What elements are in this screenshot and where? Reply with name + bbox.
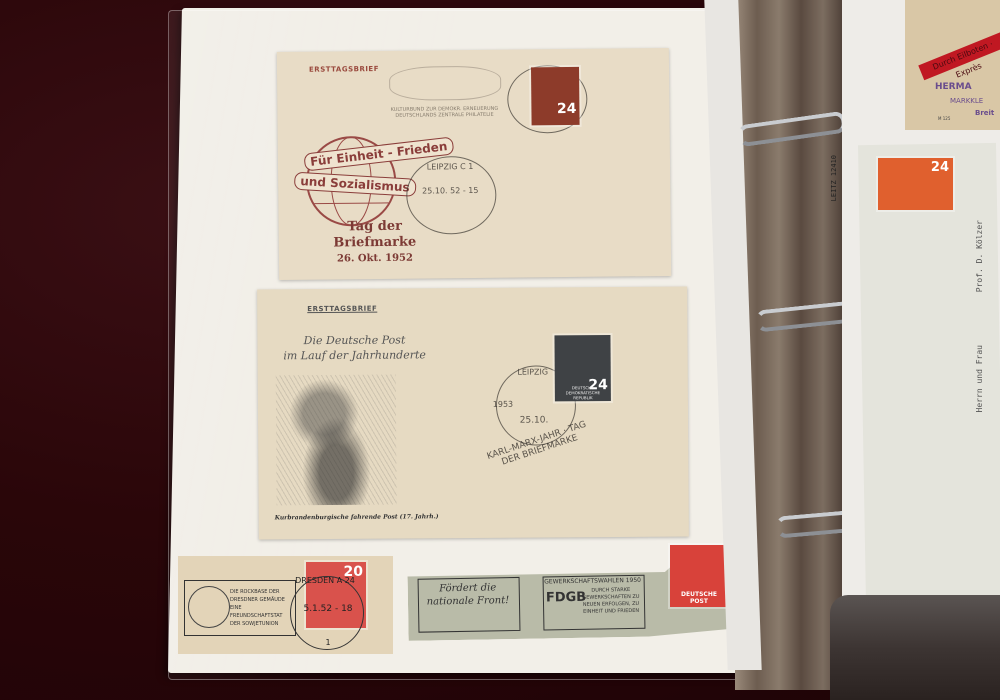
address-line-1: Prof. D. Kölzer: [975, 220, 984, 292]
cover-label: ERSTTAGSBRIEF: [309, 65, 379, 74]
postmark-number: 1: [318, 638, 338, 647]
binder-code: LEITZ 12410: [830, 155, 846, 201]
seal-icon: [188, 586, 230, 628]
title-line-1: Die Deutsche Post: [279, 332, 429, 348]
title-line-2: Briefmarke: [315, 234, 435, 251]
postmark-date: 25.10.: [514, 415, 554, 425]
recipient-city: Breit: [975, 109, 994, 117]
first-day-cover-1952: ERSTTAGSBRIEF KULTURBUND ZUR DEMOKR. ERN…: [277, 48, 671, 280]
stamp-country: DEUTSCHE DEMOKRATISCHE REPUBLIK: [557, 385, 609, 400]
post-coach-illustration: [276, 375, 397, 506]
stamp: 24 DEUTSCHE DEMOKRATISCHE REPUBLIK: [554, 335, 610, 401]
title-line-2: im Lauf der Jahrhunderte: [280, 347, 430, 363]
recipient-street: MARKKLE: [950, 97, 983, 105]
cover-date: 26. Okt. 1952: [315, 252, 435, 264]
slogan-text: DIE ROCKBASE DER DRESDNER GEMÄUDE EINE F…: [230, 588, 294, 628]
form-code: M 125: [938, 116, 950, 121]
address-line-2: Herrn und Frau: [975, 345, 984, 412]
recipient-name: HERMA: [935, 82, 972, 92]
postmark-date: 5.1.52 - 18: [298, 604, 358, 614]
cover-title: Tag der Briefmarke: [315, 218, 435, 251]
stamp: 24: [531, 67, 580, 125]
stamp-value: 24: [931, 160, 949, 175]
binder-base: [830, 595, 1000, 700]
slogan-text: KULTURBUND ZUR DEMOKR. ERNEUERUNG DEUTSC…: [385, 106, 503, 119]
first-day-cover-1953: ERSTTAGSBRIEF Die Deutsche Post im Lauf …: [257, 287, 689, 540]
cover-label: ERSTTAGSBRIEF: [307, 305, 377, 313]
postmark-city: LEIPZIG C 1: [418, 162, 482, 172]
slogan-postmark: [389, 66, 501, 101]
slogan-text: Fördert die nationale Front!: [420, 581, 516, 609]
illustration-caption: Kurbrandenburgische fahrende Post (17. J…: [275, 513, 439, 521]
cover-title: Die Deutsche Post im Lauf der Jahrhunder…: [279, 332, 429, 363]
postmark-year: 1953: [488, 400, 518, 409]
fdgb-text: DURCH STARKE GEWERKSCHAFTEN ZU NEUEN ERF…: [580, 587, 642, 616]
postmark-date: 25.10. 52 - 15: [410, 186, 490, 196]
stamp: DEUTSCHE POST: [670, 545, 728, 607]
stamp: 24: [878, 158, 953, 210]
cutout-dresden: DIE ROCKBASE DER DRESDNER GEMÄUDE EINE F…: [178, 556, 393, 654]
stamp-value: 24: [557, 101, 577, 117]
binder-code-line-1: LEITZ 12410: [830, 155, 838, 201]
stamp-country: DEUTSCHE POST: [672, 591, 726, 605]
postmark-city: DRESDEN A 24: [290, 576, 360, 585]
